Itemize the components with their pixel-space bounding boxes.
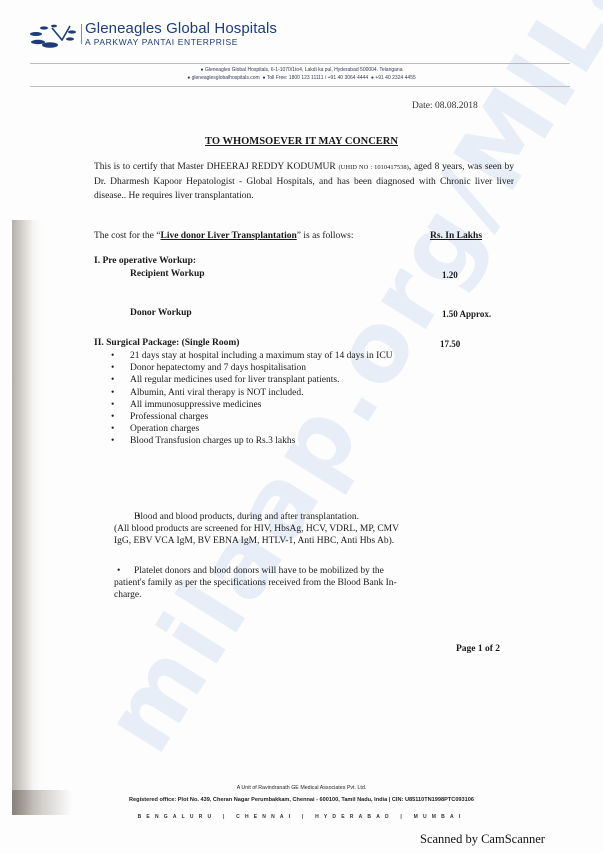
location-icon: ● [201, 67, 204, 73]
letter-date: Date: 08.08.2018 [412, 101, 478, 111]
donor-workup-amount: 1.50 Approx. [442, 309, 491, 319]
recipient-workup-label: Recipient Workup [130, 269, 205, 279]
address-line: ● Gleneagles Global Hospitals, 6-1-1070/… [0, 67, 603, 73]
toll-free: Toll Free: 1800 123 11111 / +91 40 3064 … [267, 75, 368, 81]
list-item: Professional charges [96, 411, 416, 423]
platelet-donor-item: Platelet donors and blood donors will ha… [114, 565, 414, 602]
letter-title: TO WHOMSOEVER IT MAY CONCERN [0, 136, 603, 147]
surgical-inclusions-list: 21 days stay at hospital including a max… [96, 350, 416, 448]
page-number: Page 1 of 2 [456, 644, 500, 654]
recipient-workup-amount: 1.20 [442, 270, 458, 280]
donor-workup-label: Donor Workup [130, 308, 192, 318]
list-item: Donor hepatectomy and 7 days hospitalisa… [96, 362, 416, 374]
list-item: Operation charges [96, 423, 416, 435]
intro-paragraph: This is to certify that Master DHEERAJ R… [94, 160, 514, 203]
footer-cities: BENGALURU | CHENNAI | HYDERABAD | MUMBAI [0, 814, 603, 820]
list-item: 21 days stay at hospital including a max… [96, 350, 416, 362]
list-item: Albumin, Anti viral therapy is NOT inclu… [96, 387, 416, 399]
procedure-name: Live donor Liver Transplantation [160, 231, 296, 241]
uhid-number: (UHID NO : 1010417538) [339, 164, 409, 171]
gleneagles-logo-icon [28, 22, 78, 50]
website: gleneaglesglobalhospitals.com [192, 75, 260, 81]
cost-intro: The cost for the “Live donor Liver Trans… [94, 231, 354, 241]
header-rule-top [30, 63, 570, 64]
fax-icon: ● [371, 75, 374, 81]
hospital-name: Gleneagles Global Hospitals [85, 20, 277, 37]
surgical-amount: 17.50 [440, 339, 460, 349]
hospital-tagline: A PARKWAY PANTAI ENTERPRISE [85, 37, 238, 47]
footer-company: A Unit of Ravindranath GE Medical Associ… [0, 785, 603, 791]
list-item: Blood Transfusion charges up to Rs.3 lak… [96, 435, 416, 447]
scanner-stamp: Scanned by CamScanner [420, 832, 545, 847]
blood-products-item: Blood and blood products, during and aft… [114, 511, 414, 548]
footer-registered-office: Registered office: Plot No. 439, Cheran … [0, 797, 603, 803]
contact-line: ● gleneaglesglobalhospitals.com ● Toll F… [0, 75, 603, 81]
list-item: All regular medicines used for liver tra… [96, 374, 416, 386]
document-page: milaap.org/MIL47268) Gleneagles Global H… [0, 0, 603, 853]
logo-separator [81, 24, 82, 44]
scan-shadow [12, 220, 42, 815]
phone-icon: ● [263, 75, 266, 81]
header-rule-bottom [30, 86, 570, 87]
surgical-heading: II. Surgical Package: (Single Room) [94, 338, 239, 348]
globe-icon: ● [187, 75, 190, 81]
blood-screening-note: (All blood products are screened for HIV… [114, 523, 414, 547]
preop-heading: I. Pre operative Workup: [94, 256, 196, 266]
currency-unit-heading: Rs. In Lakhs [430, 231, 482, 241]
fax: +91 40 2324 4455 [375, 75, 415, 81]
list-item: All immunosuppressive medicines [96, 399, 416, 411]
